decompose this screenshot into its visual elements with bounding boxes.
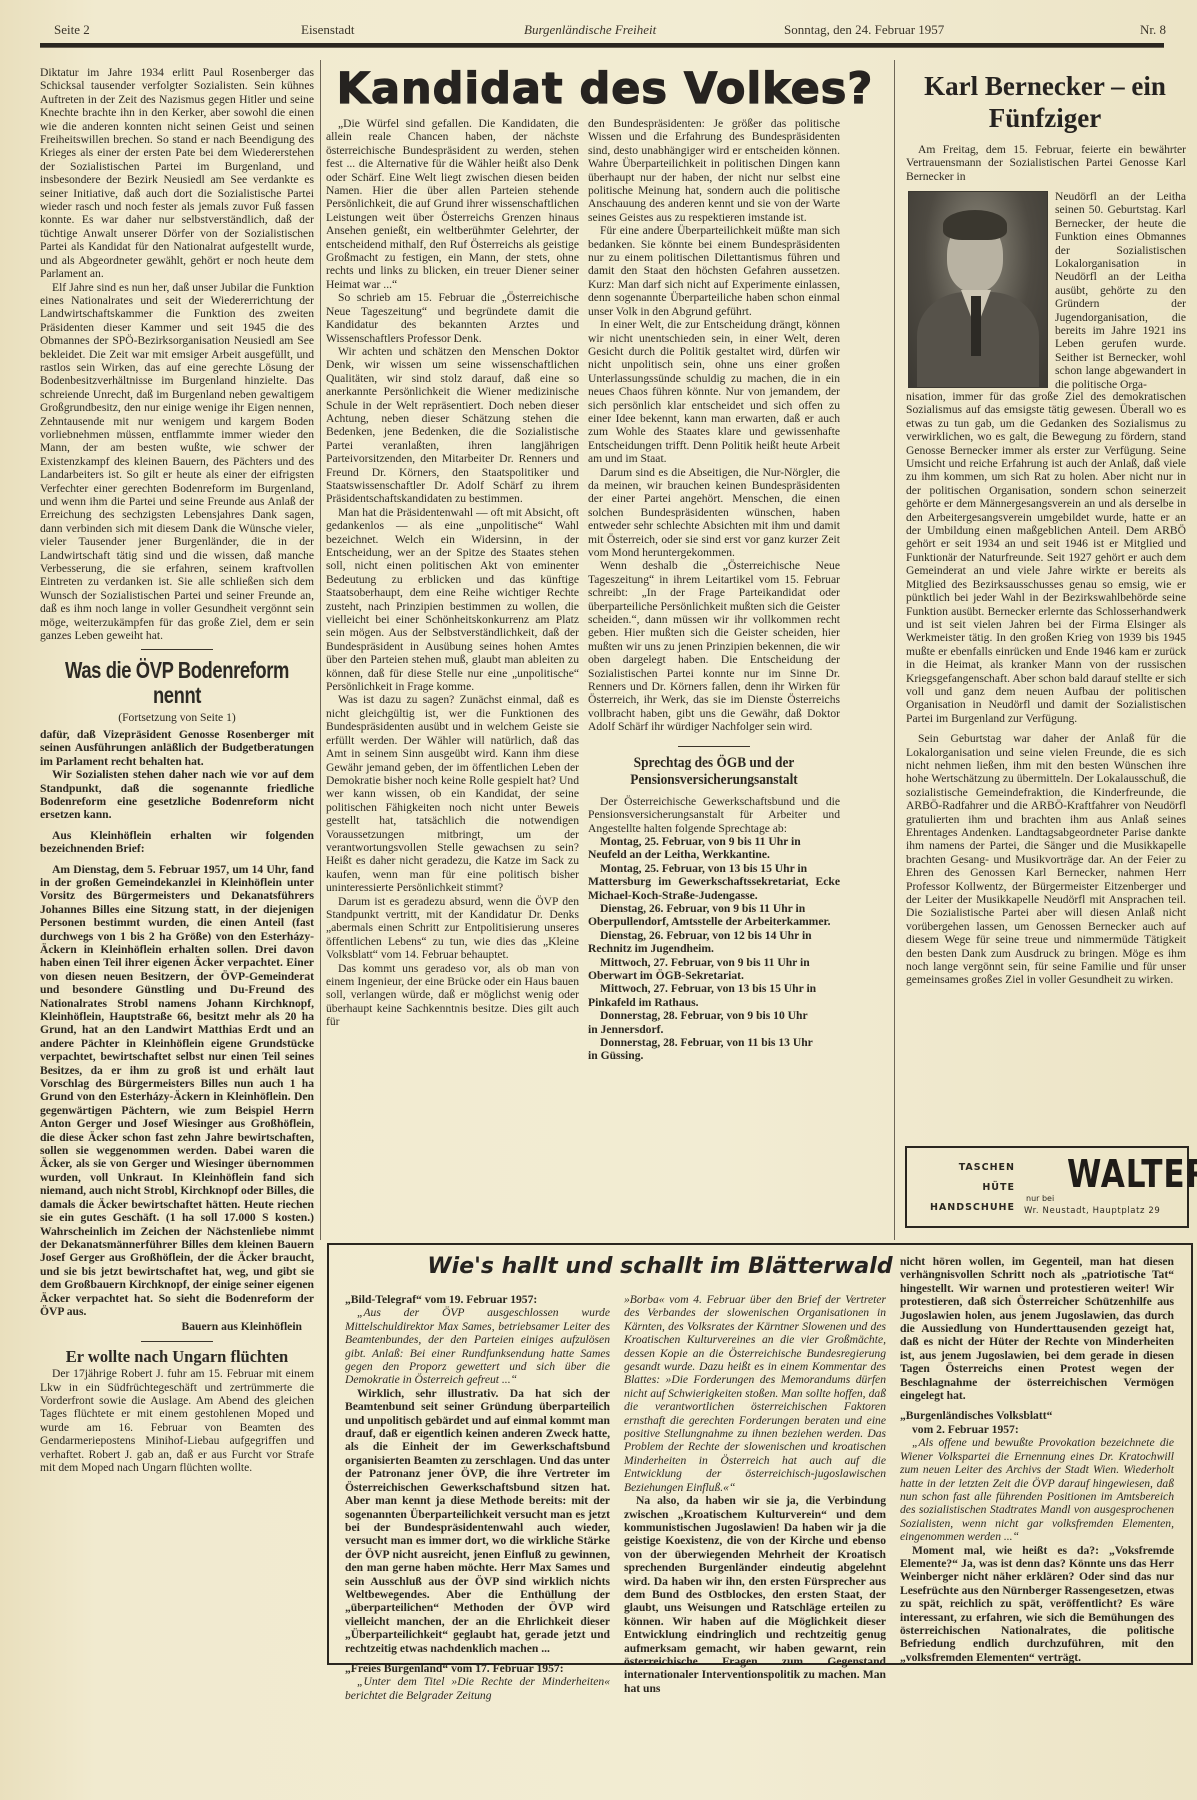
headline-kandidat: Kandidat des Volkes? — [322, 66, 888, 112]
press-commentary: Na also, da haben wir sie ja, die Verbin… — [624, 1494, 886, 1695]
article-paragraph: Man hat die Präsidentenwahl — oft mit Ab… — [326, 506, 579, 694]
article-paragraph: Wenn deshalb die „Österreichische Neue T… — [588, 559, 840, 733]
schedule-entry: Montag, 25. Februar, von 9 bis 11 Uhr in… — [588, 835, 840, 862]
issue-number: Nr. 8 — [1140, 22, 1166, 38]
divider — [141, 649, 213, 650]
press-source: „Burgenländisches Volksblatt“ — [900, 1409, 1174, 1422]
article-paragraph: Darum sind es die Abseitigen, die Nur-Nö… — [588, 466, 840, 560]
continuation-note: (Fortsetzung von Seite 1) — [40, 711, 314, 724]
ad-nur-bei: nur bei — [1026, 1194, 1054, 1203]
headline-bodenreform: Was die ÖVP Bodenreform nennt — [43, 658, 310, 708]
press-commentary: Wirklich, sehr illustrativ. Da hat sich … — [345, 1387, 610, 1655]
article-paragraph: den Bundespräsidenten: Je größer das pol… — [588, 117, 840, 224]
letter-signature: Bauern aus Kleinhöflein — [40, 1320, 314, 1333]
schedule-entry: Montag, 25. Februar, von 13 bis 15 Uhr i… — [588, 862, 840, 902]
schedule-entry: Donnerstag, 28. Februar, von 11 bis 13 U… — [588, 1036, 840, 1063]
press-quote: „Aus der ÖVP ausgeschlossen wurde Mittel… — [345, 1306, 610, 1386]
press-quote: »Borba« vom 4. Februar über den Brief de… — [624, 1293, 886, 1494]
press-source: „Bild-Telegraf“ vom 19. Februar 1957: — [345, 1293, 610, 1306]
divider — [678, 746, 750, 747]
advertisement-walter: TASCHEN HÜTE HANDSCHUHE nur bei WALTER W… — [905, 1146, 1189, 1228]
city: Eisenstadt — [301, 22, 354, 38]
article-paragraph: Der 17jährige Robert J. fuhr am 15. Febr… — [40, 1367, 314, 1474]
portrait-photo — [908, 191, 1048, 388]
page-number: Seite 2 — [54, 22, 90, 38]
column-rule — [894, 60, 895, 1240]
article-paragraph: Der Österreichische Gewerkschaftsbund un… — [588, 795, 840, 835]
kandidat-column-1: „Die Würfel sind gefallen. Die Kandidate… — [326, 117, 579, 1029]
schedule-entry: Donnerstag, 28. Februar, von 9 bis 10 Uh… — [588, 1009, 840, 1036]
bernecker-side-text: Neudörfl an der Leitha seinen 50. Geburt… — [1055, 190, 1186, 391]
article-paragraph: Wir achten und schätzen den Menschen Dok… — [326, 345, 579, 506]
article-paragraph: Darum ist es geradezu absurd, wenn die Ö… — [326, 895, 579, 962]
article-paragraph: Aus Kleinhöflein erhalten wir folgenden … — [40, 829, 314, 856]
article-paragraph: Was ist dazu zu sagen? Zunächst einmal, … — [326, 693, 579, 894]
left-column: Diktatur im Jahre 1934 erlitt Paul Rosen… — [40, 66, 314, 1474]
headline-blaetterwald: Wie's hallt und schallt im Blätterwald — [390, 1254, 930, 1279]
article-paragraph: Sein Geburtstag war daher der Anlaß für … — [906, 732, 1186, 987]
ad-items: TASCHEN HÜTE HANDSCHUHE — [915, 1158, 1015, 1218]
press-quote: „Als offene und bewußte Provokation beze… — [900, 1436, 1174, 1543]
article-paragraph: In einer Welt, die zur Entscheidung drän… — [588, 318, 840, 465]
article-paragraph: So schrieb am 15. Februar die „Österreic… — [326, 291, 579, 345]
article-paragraph: Diktatur im Jahre 1934 erlitt Paul Rosen… — [40, 66, 314, 281]
schedule-entry: Mittwoch, 27. Februar, von 13 bis 15 Uhr… — [588, 982, 840, 1009]
ad-address: Wr. Neustadt, Hauptplatz 29 — [1024, 1206, 1160, 1216]
schedule-entry: Dienstag, 26. Februar, von 12 bis 14 Uhr… — [588, 929, 840, 956]
press-commentary: Moment mal, wie heißt es da?: „Voksfremd… — [900, 1544, 1174, 1665]
issue-date: Sonntag, den 24. Februar 1957 — [784, 22, 944, 38]
article-paragraph: nisation, immer für das große Ziel des d… — [906, 390, 1186, 725]
column-rule — [320, 60, 321, 1240]
headline-sprechtag: Sprechtag des ÖGB und der Pensionsversic… — [598, 755, 830, 789]
article-paragraph: dafür, daß Vizepräsident Genosse Rosenbe… — [40, 728, 314, 768]
article-paragraph: Am Dienstag, dem 5. Februar 1957, um 14 … — [40, 863, 314, 1319]
schedule-entry: Dienstag, 26. Februar, von 9 bis 11 Uhr … — [588, 902, 840, 929]
newspaper-title: Burgenländische Freiheit — [524, 22, 656, 38]
press-commentary: nicht hören wollen, im Gegenteil, man ha… — [900, 1255, 1174, 1402]
headline-bernecker: Karl Bernecker – ein Fünfziger — [900, 70, 1190, 134]
column-gutter — [617, 1292, 618, 1652]
blaetterwald-column-2: »Borba« vom 4. Februar über den Brief de… — [624, 1293, 886, 1695]
schedule-entry: Mittwoch, 27. Februar, von 9 bis 11 Uhr … — [588, 956, 840, 983]
press-source: „Freies Burgenland“ vom 17. Februar 1957… — [345, 1662, 610, 1675]
newspaper-page: Seite 2 Eisenstadt Burgenländische Freih… — [0, 0, 1197, 1800]
article-paragraph: Das kommt uns geradeso vor, als ob man v… — [326, 962, 579, 1029]
blaetterwald-column-3: nicht hören wollen, im Gegenteil, man ha… — [900, 1255, 1174, 1664]
header-rule — [40, 43, 1164, 48]
kandidat-column-2: den Bundespräsidenten: Je größer das pol… — [588, 117, 840, 1063]
press-quote: „Unter dem Titel »Die Rechte der Minderh… — [345, 1675, 610, 1702]
press-source: vom 2. Februar 1957: — [900, 1423, 1174, 1436]
divider — [141, 1341, 213, 1342]
article-paragraph: Für eine andere Überparteilichkeit müßte… — [588, 224, 840, 318]
bernecker-intro: Am Freitag, dem 15. Februar, feierte ein… — [906, 143, 1186, 183]
masthead: Seite 2 Eisenstadt Burgenländische Freih… — [54, 22, 1166, 40]
column-gutter — [583, 118, 584, 1238]
ad-brand: WALTER — [1067, 1154, 1197, 1194]
schedule-list: Montag, 25. Februar, von 9 bis 11 Uhr in… — [588, 835, 840, 1063]
article-paragraph: „Die Würfel sind gefallen. Die Kandidate… — [326, 117, 579, 291]
bernecker-main-text: nisation, immer für das große Ziel des d… — [906, 390, 1186, 987]
blaetterwald-column-1: „Bild-Telegraf“ vom 19. Februar 1957:„Au… — [345, 1293, 610, 1702]
article-paragraph: Elf Jahre sind es nun her, daß unser Jub… — [40, 281, 314, 643]
article-paragraph: Wir Sozialisten stehen daher nach wie vo… — [40, 768, 314, 822]
headline-ungarn: Er wollte nach Ungarn flüchten — [40, 1350, 314, 1363]
